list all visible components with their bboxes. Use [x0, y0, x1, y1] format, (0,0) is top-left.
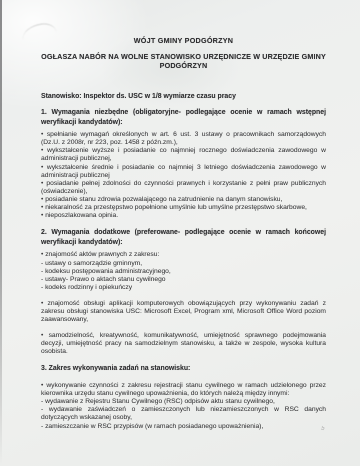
- requirement-item: • niekaralność za przestępstwo popełnion…: [41, 204, 326, 212]
- requirement-item: • spełnianie wymagań określonych w art. …: [41, 131, 326, 147]
- law-item: - ustawy o samorządzie gminnym,: [41, 260, 326, 268]
- scanned-document-page: WÓJT GMINY PODGÓRZYN OGŁASZA NABÓR NA WO…: [0, 0, 360, 466]
- section-1-requirements-list: • spełnianie wymagań określonych w art. …: [41, 131, 326, 220]
- position-line: Stanowisko: Inspektor ds. USC w 1/8 wymi…: [41, 93, 326, 100]
- section-1-heading: 1. Wymagania niezbędne (obligatoryjne- p…: [41, 108, 326, 127]
- soft-skills-paragraph: • samodzielność, kreatywność, komunikaty…: [41, 332, 326, 356]
- section-2-heading: 2. Wymagania dodatkowe (preferowane- pod…: [41, 228, 326, 247]
- list-intro: • znajomość aktów prawnych z zakresu:: [41, 251, 326, 259]
- software-skills-paragraph: • znajomość obsługi aplikacji komputerow…: [41, 300, 326, 324]
- section-3-heading: 3. Zakres wykonywania zadań na stanowisk…: [41, 364, 326, 374]
- section-2-law-list: • znajomość aktów prawnych z zakresu: - …: [41, 251, 326, 291]
- requirement-item: • posiadanie stanu zdrowia pozwalającego…: [41, 196, 326, 204]
- law-item: - kodeksu postępowania administracyjnego…: [41, 268, 326, 276]
- duty-item: - zamieszczanie w RSC przypisów (w ramac…: [41, 423, 326, 431]
- requirement-item: • wykształcenie wyższe i posiadanie co n…: [41, 147, 326, 163]
- law-item: - kodeks rodzinny i opiekuńczy: [41, 284, 326, 292]
- law-item: - ustawy- Prawo o aktach stanu cywilnego: [41, 276, 326, 284]
- requirement-item: • posiadanie pełnej zdolności do czynnoś…: [41, 180, 326, 196]
- duties-intro-paragraph: • wykonywanie czynności z zakresu rejest…: [41, 382, 326, 398]
- requirement-item: • wykształcenie średnie i posiadanie co …: [41, 164, 326, 180]
- requirement-item: • nieposzlakowana opinia.: [41, 212, 326, 220]
- document-subtitle: OGŁASZA NABÓR NA WOLNE STANOWISKO URZĘDN…: [41, 52, 326, 70]
- document-title: WÓJT GMINY PODGÓRZYN: [41, 36, 326, 45]
- section-3-duties-list: - wydawanie z Rejestru Stanu Cywilnego (…: [41, 398, 326, 430]
- duty-item: - wydawanie zaświadczeń o zamieszczonych…: [41, 406, 326, 422]
